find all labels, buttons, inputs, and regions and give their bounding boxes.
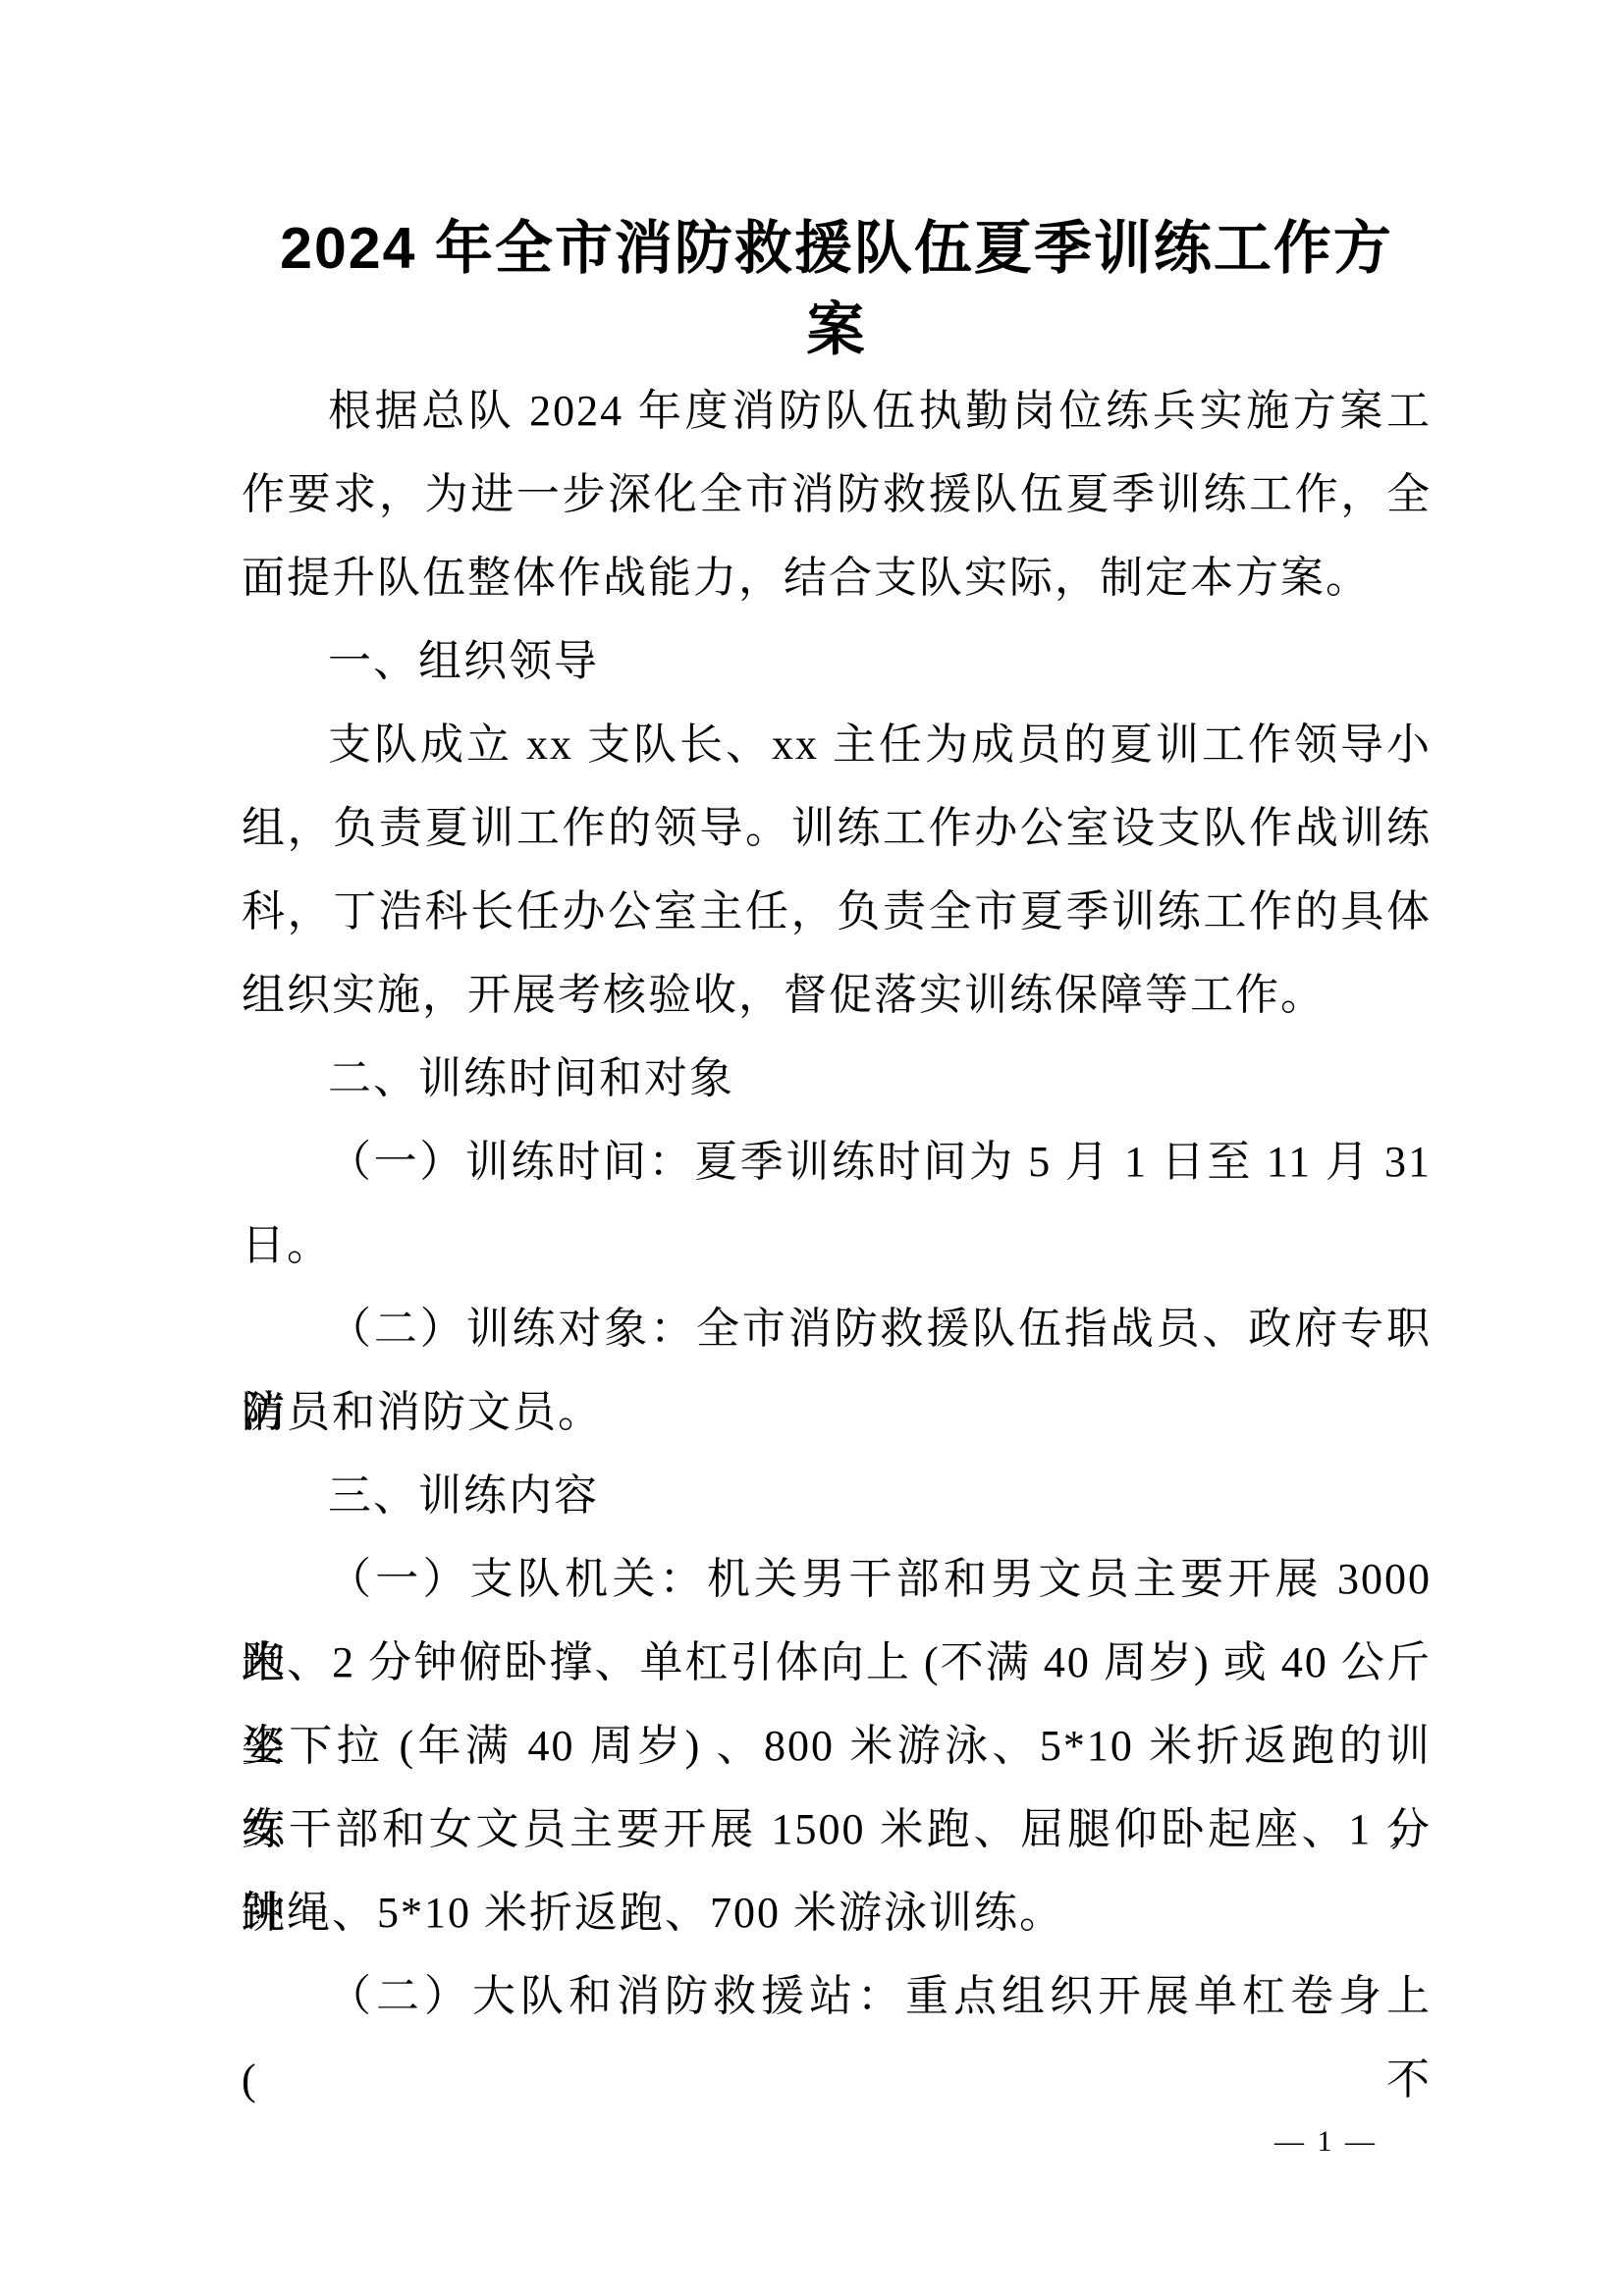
text-line: 跑、2 分钟俯卧撑、单杠引体向上 (不满 40 周岁) 或 40 公斤坐 bbox=[242, 1621, 1432, 1704]
text-line: 姿下拉 (年满 40 周岁) 、800 米游泳、5*10 米折返跑的训练； bbox=[242, 1704, 1432, 1788]
text-line: 面提升队伍整体作战能力，结合支队实际，制定本方案。 bbox=[242, 536, 1432, 619]
text-line: 支队成立 xx 支队长、xx 主任为成员的夏训工作领导小 bbox=[242, 703, 1432, 786]
document-title-line-1: 2024 年全市消防救援队伍夏季训练工作方 bbox=[242, 208, 1432, 290]
document-body: 根据总队 2024 年度消防队伍执勤岗位练兵实施方案工作要求，为进一步深化全市消… bbox=[242, 369, 1432, 2038]
text-line: 三、训练内容 bbox=[242, 1454, 1432, 1537]
text-line: 一、组织领导 bbox=[242, 619, 1432, 703]
page-number: — 1 — bbox=[1274, 2122, 1378, 2162]
text-line: 根据总队 2024 年度消防队伍执勤岗位练兵实施方案工 bbox=[242, 369, 1432, 453]
text-line: 日。 bbox=[242, 1203, 1432, 1287]
text-line: 跳绳、5*10 米折返跑、700 米游泳训练。 bbox=[242, 1871, 1432, 1954]
document-page: 2024 年全市消防救援队伍夏季训练工作方 案 根据总队 2024 年度消防队伍… bbox=[0, 0, 1624, 2296]
document-title-line-2: 案 bbox=[242, 290, 1432, 371]
text-line: 组，负责夏训工作的领导。训练工作办公室设支队作战训练 bbox=[242, 786, 1432, 870]
text-line: 作要求，为进一步深化全市消防救援队伍夏季训练工作，全 bbox=[242, 453, 1432, 536]
text-line: （二）训练对象：全市消防救援队伍指战员、政府专职消 bbox=[242, 1287, 1432, 1370]
text-line: （二）大队和消防救援站：重点组织开展单杠卷身上 (不 bbox=[242, 1954, 1432, 2038]
text-line: （一）支队机关：机关男干部和男文员主要开展 3000 米 bbox=[242, 1537, 1432, 1621]
text-line: 二、训练时间和对象 bbox=[242, 1037, 1432, 1120]
text-line: 科，丁浩科长任办公室主任，负责全市夏季训练工作的具体 bbox=[242, 870, 1432, 953]
text-line: 女干部和女文员主要开展 1500 米跑、屈腿仰卧起座、1 分钟 bbox=[242, 1788, 1432, 1871]
document-title: 2024 年全市消防救援队伍夏季训练工作方 案 bbox=[242, 208, 1432, 371]
text-line: （一）训练时间：夏季训练时间为 5 月 1 日至 11 月 31 bbox=[242, 1120, 1432, 1203]
text-line: 防员和消防文员。 bbox=[242, 1370, 1432, 1454]
text-line: 组织实施，开展考核验收，督促落实训练保障等工作。 bbox=[242, 953, 1432, 1037]
